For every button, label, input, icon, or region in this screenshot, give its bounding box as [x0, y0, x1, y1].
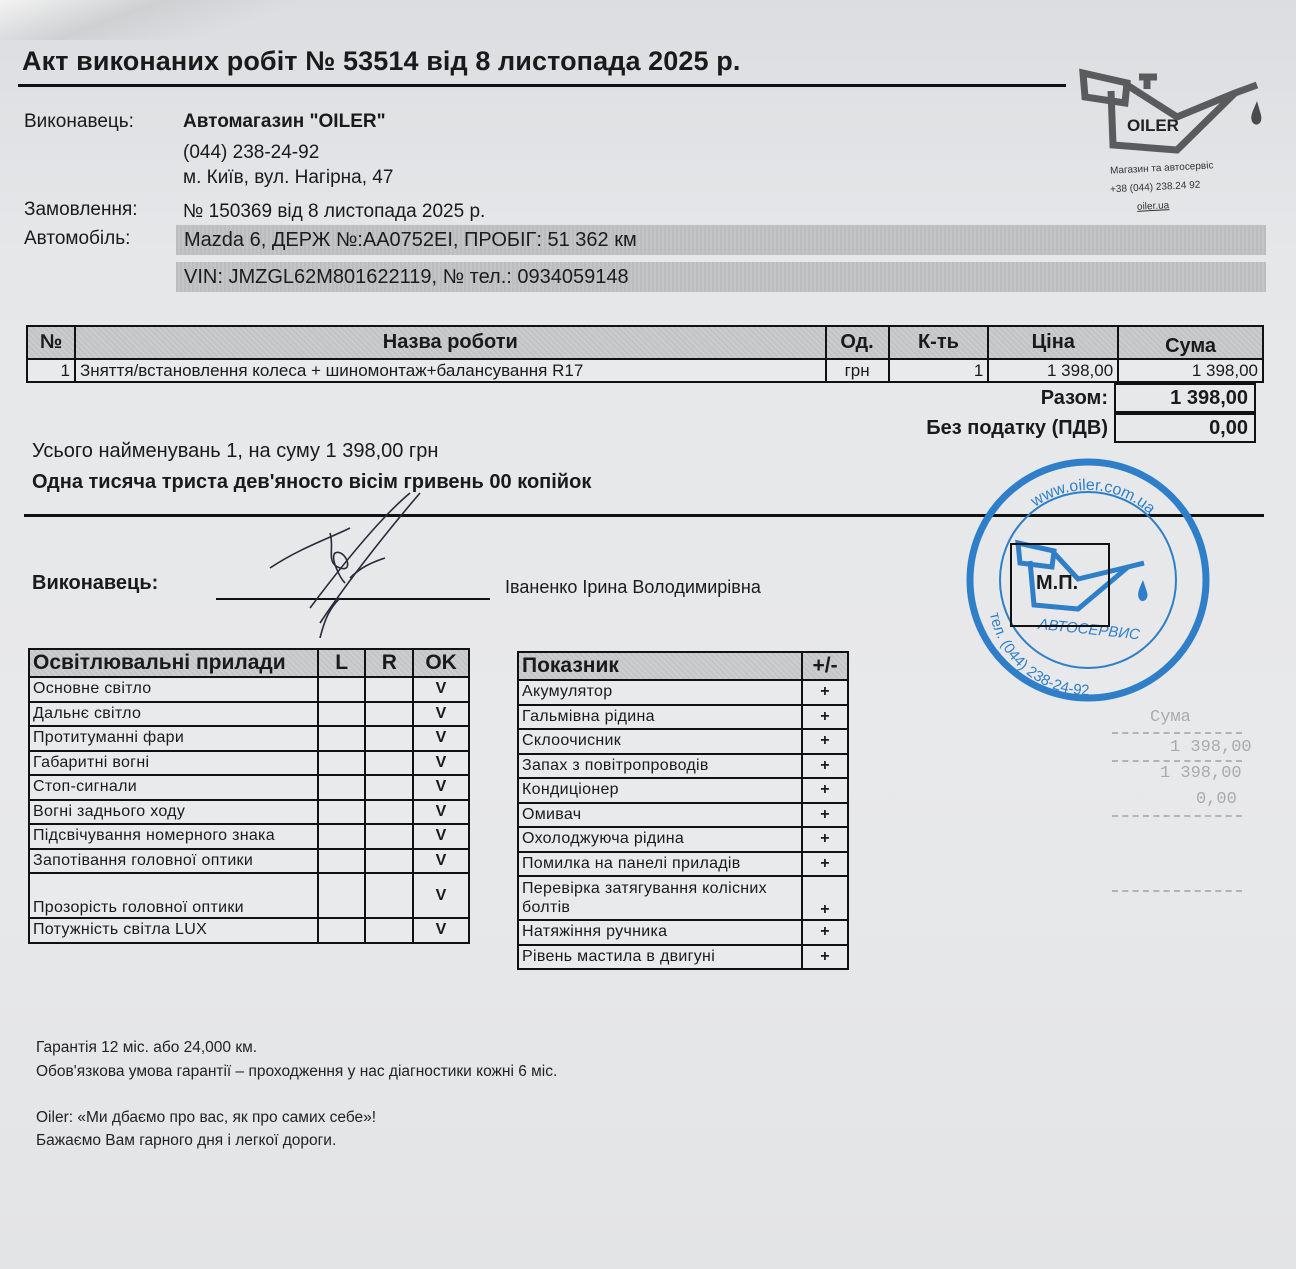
warranty-text: Гарантія 12 міс. або 24,000 км.: [36, 1039, 257, 1057]
logo-site-link[interactable]: oiler.ua: [1137, 200, 1170, 213]
light-left-check: [318, 824, 366, 849]
warranty-condition: Обов'язкова умова гарантії – проходження…: [36, 1063, 557, 1081]
light-left-check: [318, 800, 366, 825]
col-plus-minus: +/-: [802, 652, 848, 680]
light-left-check: [318, 751, 366, 776]
indicator-mark: +: [802, 920, 848, 945]
indicator-name: Перевірка затягування колісних болтів: [518, 876, 802, 920]
total-value: 1 398,00: [1114, 383, 1256, 413]
works-table: № Назва роботи Од. К-ть Ціна Сума 1 Знят…: [26, 325, 1264, 383]
table-row: Помилка на панелі приладів+: [518, 852, 848, 877]
light-name: Протитуманні фари: [29, 726, 318, 751]
bleed-through-text: 0,00: [1196, 790, 1237, 809]
indicators-table-header: Показник +/-: [518, 652, 848, 680]
vat-value: 0,00: [1114, 413, 1256, 443]
col-sum: Сума: [1118, 326, 1263, 359]
bleed-through-rule: [1112, 890, 1242, 892]
light-right-check: [365, 751, 413, 776]
bleed-through-text: 1 398,00: [1170, 738, 1252, 757]
indicator-name: Запах з повітропроводів: [518, 754, 802, 779]
oiler-logo: OILER: [1075, 55, 1275, 165]
table-row: Дальнє світлоV: [29, 702, 469, 727]
totals-block: Разом: 1 398,00 Без податку (ПДВ) 0,00: [900, 383, 1256, 443]
light-ok-check: V: [413, 849, 469, 874]
indicator-name: Омивач: [518, 803, 802, 828]
table-row: Підсвічування номерного знакаV: [29, 824, 469, 849]
signature-label: Виконавець:: [32, 572, 158, 595]
svg-text:www.oiler.com.ua: www.oiler.com.ua: [1027, 477, 1158, 518]
order-value: № 150369 від 8 листопада 2025 р.: [183, 201, 485, 223]
slogan-text: Oiler: «Ми дбаємо про вас, як про самих …: [36, 1109, 376, 1127]
light-left-check: [318, 677, 366, 702]
performer-name: Автомагазин "OILER": [183, 111, 386, 133]
indicator-name: Кондиціонер: [518, 778, 802, 803]
light-ok-check: V: [413, 824, 469, 849]
stamp-place-label: М.П.: [1036, 572, 1078, 595]
row-unit: грн: [826, 359, 889, 382]
table-row: Кондиціонер+: [518, 778, 848, 803]
row-no: 1: [27, 359, 75, 382]
light-ok-check: V: [413, 918, 469, 943]
col-no: №: [27, 326, 75, 359]
light-name: Дальнє світло: [29, 702, 318, 727]
indicator-name: Натяжіння ручника: [518, 920, 802, 945]
farewell-text: Бажаємо Вам гарного дня і легкої дороги.: [36, 1132, 336, 1150]
indicator-mark: +: [802, 705, 848, 730]
table-row: Склоочисник+: [518, 729, 848, 754]
title-underline: [18, 84, 1066, 87]
light-ok-check: V: [413, 800, 469, 825]
performer-label: Виконавець:: [24, 111, 134, 133]
light-name: Підсвічування номерного знака: [29, 824, 318, 849]
indicators-checklist-table: Показник +/- Акумулятор+Гальмівна рідина…: [517, 651, 849, 970]
table-row: Стоп-сигналиV: [29, 775, 469, 800]
light-left-check: [318, 849, 366, 874]
light-ok-check: V: [413, 775, 469, 800]
oil-can-icon: OILER: [1075, 55, 1275, 165]
row-qty: 1: [889, 359, 989, 382]
indicator-name: Гальмівна рідина: [518, 705, 802, 730]
table-row: Охолоджуюча рідина+: [518, 827, 848, 852]
light-ok-check: V: [413, 873, 469, 918]
row-sum: 1 398,00: [1118, 359, 1263, 382]
indicator-mark: +: [802, 876, 848, 920]
car-line-1: Mazda 6, ДЕРЖ №:AA0752EI, ПРОБІГ: 51 362…: [176, 225, 1266, 255]
bleed-through-text: Сума: [1150, 708, 1191, 727]
light-right-check: [365, 918, 413, 943]
items-count-summary: Усього найменувань 1, на суму 1 398,00 г…: [32, 440, 438, 463]
light-ok-check: V: [413, 702, 469, 727]
indicator-name: Акумулятор: [518, 680, 802, 705]
col-lights: Освітлювальні прилади: [29, 649, 318, 677]
indicator-mark: +: [802, 803, 848, 828]
indicator-mark: +: [802, 827, 848, 852]
handwritten-signature: [260, 488, 430, 638]
table-row: Основне світлоV: [29, 677, 469, 702]
indicator-name: Помилка на панелі приладів: [518, 852, 802, 877]
stamp-top-text: www.oiler.com.ua: [1027, 477, 1158, 518]
col-left: L: [318, 649, 366, 677]
light-right-check: [365, 849, 413, 874]
works-table-header: № Назва роботи Од. К-ть Ціна Сума: [27, 326, 1263, 359]
lights-table-header: Освітлювальні прилади L R OK: [29, 649, 469, 677]
indicator-mark: +: [802, 852, 848, 877]
performer-phone: (044) 238-24-92: [183, 142, 319, 164]
light-name: Вогні заднього ходу: [29, 800, 318, 825]
light-right-check: [365, 677, 413, 702]
bleed-through-rule: [1112, 815, 1242, 817]
indicator-mark: +: [802, 778, 848, 803]
light-name: Стоп-сигнали: [29, 775, 318, 800]
light-right-check: [365, 800, 413, 825]
vat-label: Без податку (ПДВ): [900, 417, 1114, 440]
paper-fold: [0, 0, 300, 40]
table-row: Акумулятор+: [518, 680, 848, 705]
light-right-check: [365, 702, 413, 727]
col-price: Ціна: [988, 326, 1118, 359]
car-label: Автомобіль:: [24, 228, 130, 250]
total-label: Разом:: [900, 387, 1114, 410]
table-row: Габаритні вогніV: [29, 751, 469, 776]
table-row: 1 Зняття/встановлення колеса + шиномонта…: [27, 359, 1263, 382]
table-row: Перевірка затягування колісних болтів+: [518, 876, 848, 920]
table-row: Вогні заднього ходуV: [29, 800, 469, 825]
light-right-check: [365, 775, 413, 800]
table-row: Протитуманні фариV: [29, 726, 469, 751]
bleed-through-rule: [1112, 732, 1242, 734]
row-price: 1 398,00: [988, 359, 1118, 382]
indicator-name: Рівень мастила в двигуні: [518, 945, 802, 970]
table-row: Прозорість головної оптикиV: [29, 873, 469, 918]
order-label: Замовлення:: [24, 199, 138, 221]
light-name: Габаритні вогні: [29, 751, 318, 776]
col-qty: К-ть: [889, 326, 989, 359]
bleed-through-rule: [1112, 760, 1242, 762]
indicator-mark: +: [802, 729, 848, 754]
light-left-check: [318, 918, 366, 943]
svg-text:OILER: OILER: [1127, 116, 1179, 135]
document-title: Акт виконаних робіт № 53514 від 8 листоп…: [22, 46, 740, 77]
indicator-name: Склоочисник: [518, 729, 802, 754]
col-ok: OK: [413, 649, 469, 677]
bleed-through-text: 1 398,00: [1160, 764, 1242, 783]
light-ok-check: V: [413, 677, 469, 702]
performer-signatory-name: Іваненко Ірина Володимирівна: [505, 577, 761, 598]
light-ok-check: V: [413, 726, 469, 751]
table-row: Омивач+: [518, 803, 848, 828]
vat-row: Без податку (ПДВ) 0,00: [900, 413, 1256, 443]
light-left-check: [318, 726, 366, 751]
indicator-name: Охолоджуюча рідина: [518, 827, 802, 852]
light-ok-check: V: [413, 751, 469, 776]
table-row: Запотівання головної оптикиV: [29, 849, 469, 874]
light-name: Основне світло: [29, 677, 318, 702]
performer-address: м. Київ, вул. Нагірна, 47: [183, 167, 393, 189]
indicator-mark: +: [802, 754, 848, 779]
col-unit: Од.: [826, 326, 889, 359]
table-row: Запах з повітропроводів+: [518, 754, 848, 779]
light-name: Запотівання головної оптики: [29, 849, 318, 874]
row-work-name: Зняття/встановлення колеса + шиномонтаж+…: [75, 359, 826, 382]
lights-checklist-table: Освітлювальні прилади L R OK Основне сві…: [28, 648, 470, 944]
car-line-2: VIN: JMZGL62M801622119, № тел.: 09340591…: [176, 262, 1266, 292]
light-right-check: [365, 726, 413, 751]
table-row: Рівень мастила в двигуні+: [518, 945, 848, 970]
light-right-check: [365, 873, 413, 918]
light-left-check: [318, 775, 366, 800]
light-left-check: [318, 702, 366, 727]
light-name: Прозорість головної оптики: [29, 873, 318, 918]
total-row: Разом: 1 398,00: [900, 383, 1256, 413]
light-name: Потужність світла LUX: [29, 918, 318, 943]
light-left-check: [318, 873, 366, 918]
table-row: Потужність світла LUXV: [29, 918, 469, 943]
col-name: Назва роботи: [75, 326, 826, 359]
light-right-check: [365, 824, 413, 849]
table-row: Гальмівна рідина+: [518, 705, 848, 730]
col-indicator: Показник: [518, 652, 802, 680]
indicator-mark: +: [802, 945, 848, 970]
indicator-mark: +: [802, 680, 848, 705]
table-row: Натяжіння ручника+: [518, 920, 848, 945]
col-right: R: [365, 649, 413, 677]
